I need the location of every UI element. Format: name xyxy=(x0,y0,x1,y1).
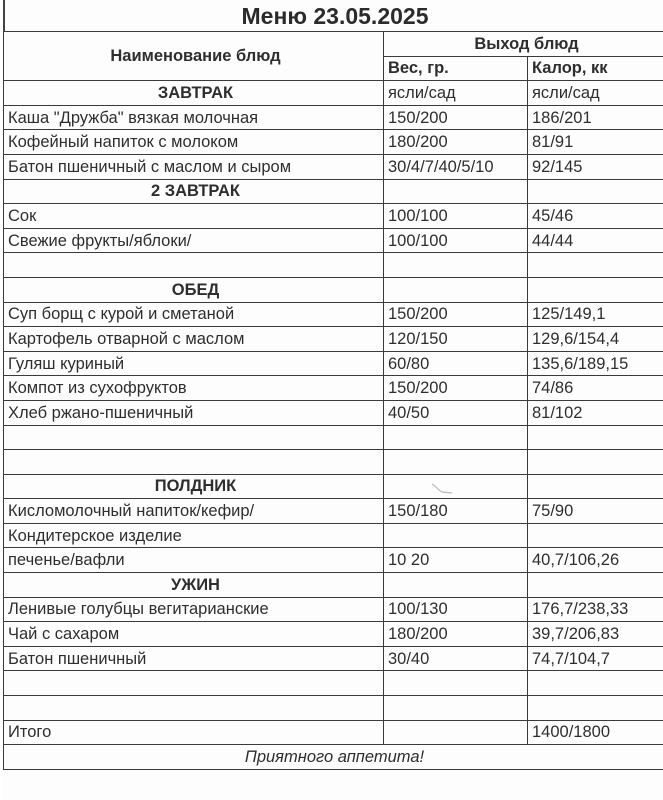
dish-weight: 150/180 xyxy=(384,499,528,524)
dish-name: Сок xyxy=(4,204,384,229)
dish-calories: 92/145 xyxy=(528,154,663,179)
menu-item-row: Чай с сахаром180/20039,7/206,83 xyxy=(4,622,663,647)
menu-item-row: Кофейный напиток с молоком180/20081/91 xyxy=(4,130,663,155)
header-weight: Вес, гр. xyxy=(384,56,528,81)
dish-calories: ясли/сад xyxy=(528,81,663,106)
dish-weight: 120/150 xyxy=(384,327,528,352)
dish-calories: 45/46 xyxy=(528,204,663,229)
total-row: Итого1400/1800 xyxy=(4,720,663,745)
dish-name: Каша "Дружба" вязкая молочная xyxy=(4,105,384,130)
dish-name: Батон пшеничный с маслом и сыром xyxy=(4,154,384,179)
menu-item-row: Каша "Дружба" вязкая молочная150/200186/… xyxy=(4,105,663,130)
section-row: ЗАВТРАКясли/садясли/сад xyxy=(4,81,663,106)
dish-name: Кисломолочный напиток/кефир/ xyxy=(4,499,384,524)
dish-weight xyxy=(384,523,528,548)
dish-weight: 40/50 xyxy=(384,400,528,425)
dish-name: Кофейный напиток с молоком xyxy=(4,130,384,155)
dish-name xyxy=(4,696,384,721)
dish-name: Компот из сухофруктов xyxy=(4,376,384,401)
dish-calories xyxy=(528,450,663,475)
menu-item-row: Кондитерское изделие xyxy=(4,523,663,548)
menu-body: ЗАВТРАКясли/садясли/садКаша "Дружба" вяз… xyxy=(4,81,663,745)
dish-calories: 129,6/154,4 xyxy=(528,327,663,352)
dish-calories: 75/90 xyxy=(528,499,663,524)
dish-calories: 186/201 xyxy=(528,105,663,130)
section-title: УЖИН xyxy=(4,573,384,598)
dish-weight: 30/40 xyxy=(384,646,528,671)
dish-calories xyxy=(528,523,663,548)
dish-name: Батон пшеничный xyxy=(4,646,384,671)
dish-calories: 125/149,1 xyxy=(528,302,663,327)
dish-calories xyxy=(528,277,663,302)
dish-calories xyxy=(528,671,663,696)
section-row: ПОЛДНИК xyxy=(4,474,663,499)
dish-weight xyxy=(384,671,528,696)
empty-row xyxy=(4,696,663,721)
dish-name: Картофель отварной с маслом xyxy=(4,327,384,352)
dish-calories: 176,7/238,33 xyxy=(528,597,663,622)
menu-item-row: Компот из сухофруктов150/20074/86 xyxy=(4,376,663,401)
footer-row: Приятного аппетита! xyxy=(4,745,663,770)
dish-name: Гуляш куриный xyxy=(4,351,384,376)
dish-weight: 10 20 xyxy=(384,548,528,573)
dish-calories: 81/91 xyxy=(528,130,663,155)
page-title: Меню 23.05.2025 xyxy=(3,0,663,32)
menu-item-row: Картофель отварной с маслом120/150129,6/… xyxy=(4,327,663,352)
header-calories: Калор, кк xyxy=(528,56,663,81)
dish-weight xyxy=(384,425,528,450)
dish-weight: ясли/сад xyxy=(384,81,528,106)
dish-weight: 100/130 xyxy=(384,597,528,622)
dish-weight xyxy=(384,450,528,475)
dish-calories xyxy=(528,573,663,598)
dish-weight: 150/200 xyxy=(384,376,528,401)
menu-item-row: печенье/вафли10 2040,7/106,26 xyxy=(4,548,663,573)
dish-name xyxy=(4,425,384,450)
menu-item-row: Суп борщ с курой и сметаной150/200125/14… xyxy=(4,302,663,327)
dish-calories xyxy=(528,253,663,278)
menu-page: Меню 23.05.2025 Наименование блюд Выход … xyxy=(3,0,663,800)
dish-weight: 100/100 xyxy=(384,204,528,229)
dish-name xyxy=(4,450,384,475)
dish-name: Суп борщ с курой и сметаной xyxy=(4,302,384,327)
dish-name: печенье/вафли xyxy=(4,548,384,573)
menu-item-row: Ленивые голубцы вегитарианские100/130176… xyxy=(4,597,663,622)
section-title: ПОЛДНИК xyxy=(4,474,384,499)
dish-calories xyxy=(528,474,663,499)
menu-item-row: Гуляш куриный60/80135,6/189,15 xyxy=(4,351,663,376)
dish-calories: 40,7/106,26 xyxy=(528,548,663,573)
dish-calories xyxy=(528,179,663,204)
dish-weight xyxy=(384,573,528,598)
total-calories: 1400/1800 xyxy=(528,720,663,745)
dish-weight xyxy=(384,474,528,499)
dish-weight: 180/200 xyxy=(384,622,528,647)
dish-calories: 39,7/206,83 xyxy=(528,622,663,647)
footer-wish: Приятного аппетита! xyxy=(4,745,663,770)
dish-calories: 74/86 xyxy=(528,376,663,401)
section-title: ЗАВТРАК xyxy=(4,81,384,106)
dish-weight: 100/100 xyxy=(384,228,528,253)
total-label: Итого xyxy=(4,720,384,745)
menu-item-row: Сок100/10045/46 xyxy=(4,204,663,229)
dish-weight xyxy=(384,277,528,302)
section-row: 2 ЗАВТРАК xyxy=(4,179,663,204)
dish-calories: 135,6/189,15 xyxy=(528,351,663,376)
menu-item-row: Кисломолочный напиток/кефир/150/18075/90 xyxy=(4,499,663,524)
menu-table: Наименование блюд Выход блюд Вес, гр. Ка… xyxy=(3,31,663,770)
dish-weight xyxy=(384,696,528,721)
empty-row xyxy=(4,450,663,475)
dish-name xyxy=(4,671,384,696)
dish-calories xyxy=(528,425,663,450)
dish-weight: 30/4/7/40/5/10 xyxy=(384,154,528,179)
dish-weight: 180/200 xyxy=(384,130,528,155)
dish-weight: 150/200 xyxy=(384,105,528,130)
menu-item-row: Свежие фрукты/яблоки/100/10044/44 xyxy=(4,228,663,253)
header-dish-name: Наименование блюд xyxy=(4,32,384,81)
dish-calories: 81/102 xyxy=(528,400,663,425)
dish-calories xyxy=(528,696,663,721)
empty-row xyxy=(4,253,663,278)
header-row-group: Наименование блюд Выход блюд xyxy=(4,32,663,57)
dish-weight: 60/80 xyxy=(384,351,528,376)
header-output-group: Выход блюд xyxy=(384,32,663,57)
dish-weight: 150/200 xyxy=(384,302,528,327)
section-row: УЖИН xyxy=(4,573,663,598)
menu-item-row: Батон пшеничный30/4074,7/104,7 xyxy=(4,646,663,671)
dish-name: Свежие фрукты/яблоки/ xyxy=(4,228,384,253)
section-title: 2 ЗАВТРАК xyxy=(4,179,384,204)
menu-item-row: Хлеб ржано-пшеничный40/5081/102 xyxy=(4,400,663,425)
empty-row xyxy=(4,425,663,450)
dish-weight xyxy=(384,179,528,204)
dish-name: Хлеб ржано-пшеничный xyxy=(4,400,384,425)
dish-name xyxy=(4,253,384,278)
section-title: ОБЕД xyxy=(4,277,384,302)
dish-name: Чай с сахаром xyxy=(4,622,384,647)
section-row: ОБЕД xyxy=(4,277,663,302)
menu-item-row: Батон пшеничный с маслом и сыром30/4/7/4… xyxy=(4,154,663,179)
dish-weight xyxy=(384,720,528,745)
dish-name: Ленивые голубцы вегитарианские xyxy=(4,597,384,622)
dish-weight xyxy=(384,253,528,278)
empty-row xyxy=(4,671,663,696)
dish-name: Кондитерское изделие xyxy=(4,523,384,548)
dish-calories: 74,7/104,7 xyxy=(528,646,663,671)
dish-calories: 44/44 xyxy=(528,228,663,253)
